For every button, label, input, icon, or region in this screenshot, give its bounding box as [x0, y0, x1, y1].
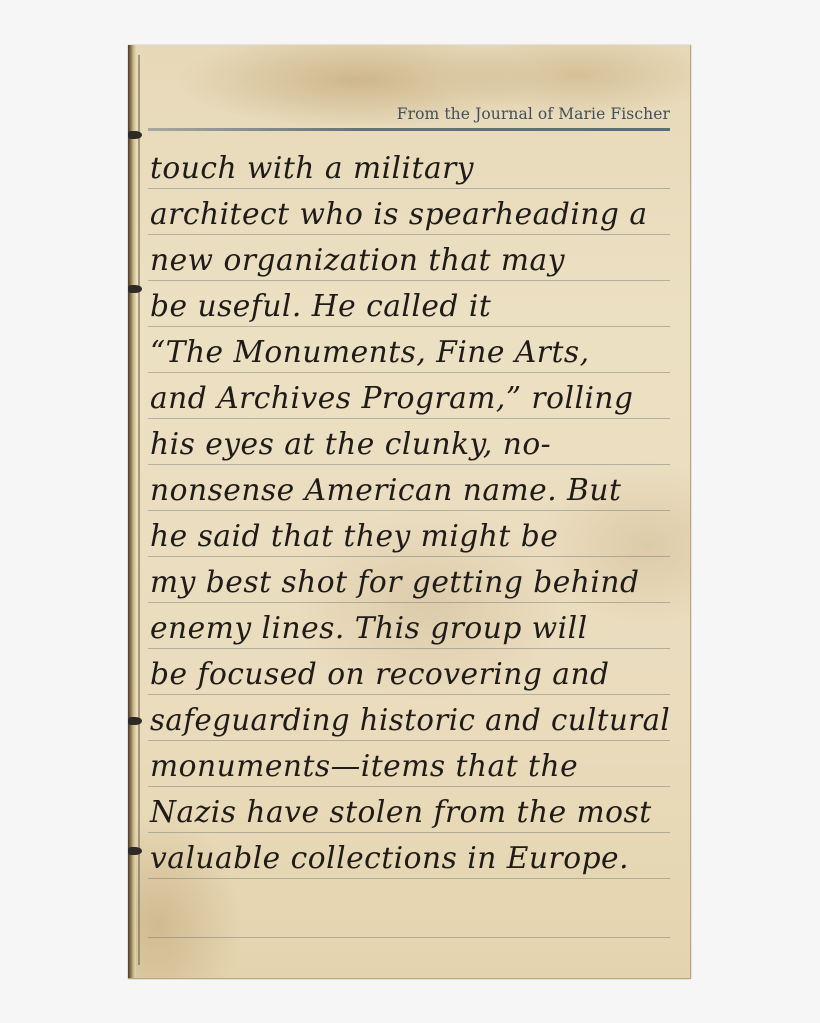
header-rule [148, 128, 670, 131]
binding-stitch-icon [126, 715, 148, 727]
handwritten-line: be useful. He called it [150, 287, 670, 327]
handwritten-line: valuable collections in Europe. [150, 839, 670, 879]
handwritten-line: safeguarding historic and cultural [150, 701, 660, 741]
ruled-line [148, 937, 670, 938]
handwritten-line: monuments—items that the [150, 747, 670, 787]
binding-thread [138, 55, 140, 965]
handwritten-line: architect who is spearheading a [150, 195, 670, 235]
handwritten-line: Nazis have stolen from the most [150, 793, 670, 833]
journal-header: From the Journal of Marie Fischer [397, 105, 670, 123]
handwritten-line: new organization that may [150, 241, 670, 281]
handwritten-line: be focused on recovering and [150, 655, 670, 695]
handwritten-line: touch with a military [150, 149, 670, 189]
handwritten-line: my best shot for getting behind [150, 563, 670, 603]
journal-page: From the Journal of Marie Fischer touch … [128, 45, 691, 979]
handwritten-line: nonsense American name. But [150, 471, 670, 511]
handwritten-line: and Archives Program,” rolling [150, 379, 670, 419]
handwritten-line: enemy lines. This group will [150, 609, 670, 649]
handwritten-line: “The Monuments, Fine Arts, [150, 333, 670, 373]
handwritten-line: his eyes at the clunky, no- [150, 425, 670, 465]
binding-stitch-icon [126, 129, 148, 141]
handwritten-line: he said that they might be [150, 517, 670, 557]
binding-spine [128, 45, 136, 978]
binding-stitch-icon [126, 283, 148, 295]
binding-stitch-icon [126, 845, 148, 857]
